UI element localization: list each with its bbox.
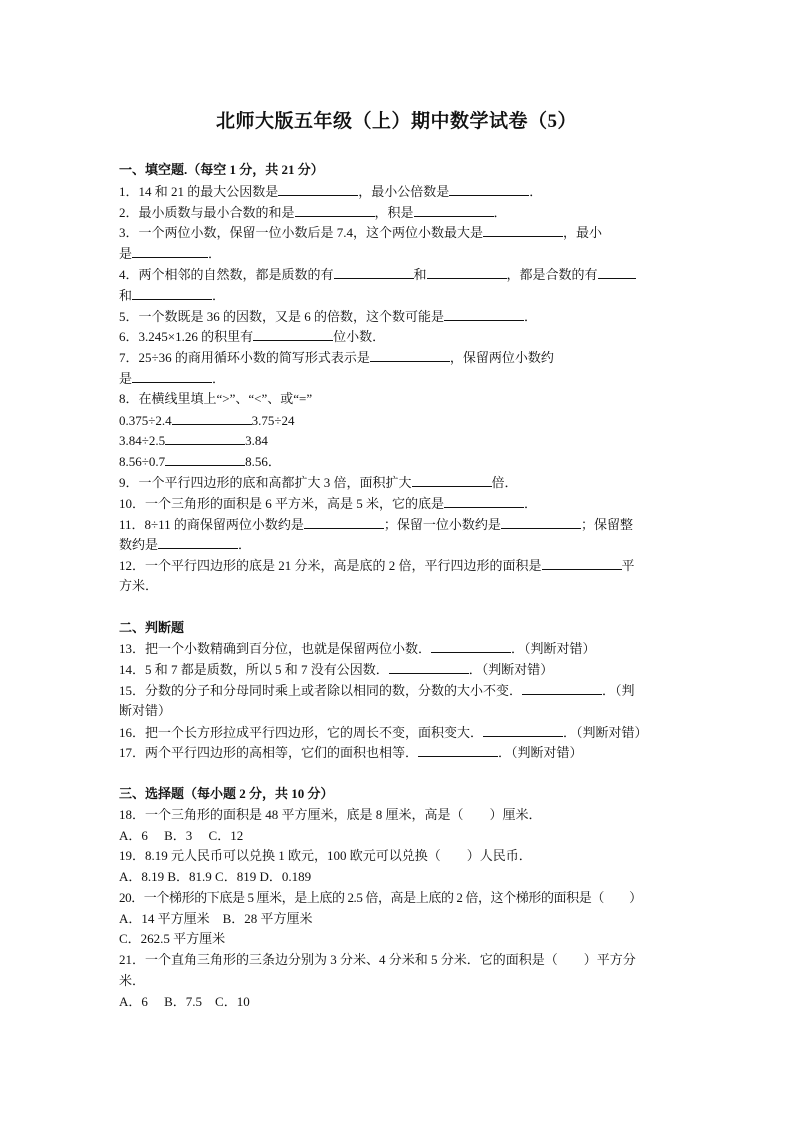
question-21-options: A．6 B．7.5 C．10: [119, 992, 679, 1013]
answer-blank[interactable]: [165, 430, 245, 445]
question-3-cont: 是．: [119, 243, 679, 264]
question-20: 20．一个梯形的下底是 5 厘米，是上底的 2.5 倍，高是上底的 2 倍，这个…: [119, 888, 679, 909]
answer-blank[interactable]: [444, 306, 524, 321]
question-6: 6．3.245×1.26 的积里有位小数．: [119, 326, 679, 347]
answer-blank[interactable]: [370, 347, 450, 362]
question-15-cont: 断对错）: [119, 701, 679, 722]
question-13: 13．把一个小数精确到百分位，也就是保留两位小数．．（判断对错）: [119, 638, 679, 659]
question-21: 21．一个直角三角形的三条边分别为 3 分米、4 分米和 5 分米．它的面积是（…: [119, 950, 679, 971]
question-10: 10．一个三角形的面积是 6 平方米，高是 5 米，它的底是．: [119, 493, 679, 514]
exam-content: 一、填空题.（每空 1 分，共 21 分） 1．14 和 21 的最大公因数是，…: [119, 160, 679, 1013]
question-20-options-1: A．14 平方厘米 B．28 平方厘米: [119, 909, 679, 930]
answer-blank[interactable]: [542, 555, 622, 570]
answer-blank[interactable]: [253, 326, 333, 341]
answer-blank[interactable]: [334, 264, 414, 279]
answer-blank[interactable]: [132, 285, 212, 300]
question-1: 1．14 和 21 的最大公因数是，最小公倍数是．: [119, 181, 679, 202]
answer-blank[interactable]: [501, 514, 581, 529]
answer-blank[interactable]: [295, 202, 375, 217]
exam-page: 北师大版五年级（上）期中数学试卷（5） 一、填空题.（每空 1 分，共 21 分…: [0, 0, 793, 1122]
answer-blank[interactable]: [172, 410, 252, 425]
question-7-cont: 是．: [119, 368, 679, 389]
page-title: 北师大版五年级（上）期中数学试卷（5）: [0, 106, 793, 133]
answer-blank[interactable]: [278, 181, 358, 196]
question-8: 8．在横线里填上“>”、“<”、或“=”: [119, 389, 679, 410]
answer-blank[interactable]: [427, 264, 507, 279]
answer-blank[interactable]: [483, 222, 563, 237]
question-20-options-2: C．262.5 平方厘米: [119, 929, 679, 950]
question-11: 11．8÷11 的商保留两位小数约是；保留一位小数约是；保留整: [119, 514, 679, 535]
question-8-row-2: 3.84÷2.53.84: [119, 430, 679, 451]
question-17: 17．两个平行四边形的高相等，它们的面积也相等．．（判断对错）: [119, 742, 679, 763]
question-7: 7．25÷36 的商用循环小数的简写形式表示是，保留两位小数约: [119, 347, 679, 368]
question-4: 4．两个相邻的自然数，都是质数的有和，都是合数的有: [119, 264, 679, 285]
question-14: 14．5 和 7 都是质数，所以 5 和 7 没有公因数．．（判断对错）: [119, 659, 679, 680]
question-18: 18．一个三角形的面积是 48 平方厘米，底是 8 厘米，高是（ ）厘米．: [119, 805, 679, 826]
question-21-cont: 米．: [119, 971, 679, 992]
answer-blank[interactable]: [598, 264, 636, 279]
question-18-options: A．6 B．3 C．12: [119, 826, 679, 847]
question-3: 3．一个两位小数，保留一位小数后是 7.4，这个两位小数最大是，最小: [119, 222, 679, 243]
question-15: 15．分数的分子和分母同时乘上或者除以相同的数，分数的大小不变．．（判: [119, 680, 679, 701]
question-19-options: A．8.19 B．81.9 C．819 D．0.189: [119, 867, 679, 888]
answer-blank[interactable]: [444, 493, 524, 508]
question-16: 16．把一个长方形拉成平行四边形，它的周长不变，面积变大．．（判断对错）: [119, 722, 679, 743]
question-4-cont: 和．: [119, 285, 679, 306]
answer-blank[interactable]: [158, 534, 238, 549]
answer-blank[interactable]: [449, 181, 529, 196]
answer-blank[interactable]: [418, 742, 498, 757]
question-8-row-3: 8.56÷0.78.56．: [119, 451, 679, 472]
answer-blank[interactable]: [389, 659, 469, 674]
answer-blank[interactable]: [483, 722, 563, 737]
section-heading-multiple-choice: 三、选择题（每小题 2 分，共 10 分）: [119, 784, 679, 805]
answer-blank[interactable]: [132, 243, 208, 258]
question-9: 9．一个平行四边形的底和高都扩大 3 倍，面积扩大倍．: [119, 472, 679, 493]
question-2: 2．最小质数与最小合数的和是，积是．: [119, 202, 679, 223]
question-19: 19．8.19 元人民币可以兑换 1 欧元，100 欧元可以兑换（ ）人民币．: [119, 846, 679, 867]
section-heading-fill-in: 一、填空题.（每空 1 分，共 21 分）: [119, 160, 679, 181]
answer-blank[interactable]: [414, 202, 494, 217]
question-12: 12．一个平行四边形的底是 21 分米，高是底的 2 倍，平行四边形的面积是平: [119, 555, 679, 576]
question-8-row-1: 0.375÷2.43.75÷24: [119, 410, 679, 431]
answer-blank[interactable]: [304, 514, 384, 529]
answer-blank[interactable]: [431, 638, 511, 653]
answer-blank[interactable]: [412, 472, 492, 487]
question-11-cont: 数约是．: [119, 534, 679, 555]
question-5: 5．一个数既是 36 的因数，又是 6 的倍数，这个数可能是．: [119, 306, 679, 327]
section-heading-true-false: 二、判断题: [119, 618, 679, 639]
answer-blank[interactable]: [522, 680, 602, 695]
question-12-cont: 方米．: [119, 576, 679, 597]
answer-blank[interactable]: [165, 451, 245, 466]
answer-blank[interactable]: [132, 368, 212, 383]
